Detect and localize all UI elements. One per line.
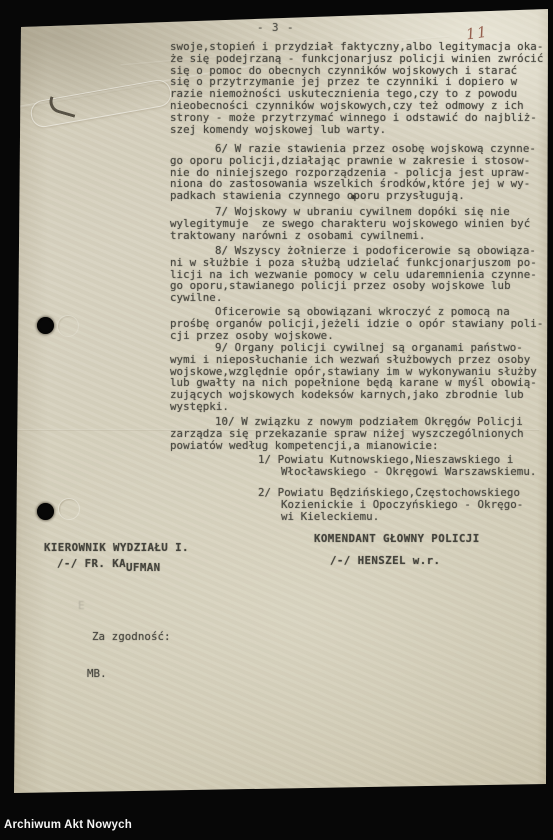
paragraph-officers: Oficerowie są obowiązani wkroczyć z pomo… [170,306,543,341]
text-line: go oporu,stawianego policji przez osoby … [170,280,537,292]
text-line: traktowany narówni z osobami cywilnemi. [170,230,530,242]
paragraph-8: 8/ Wszyscy żołnierze i podoficerowie są … [170,245,537,304]
signature-left-name-prefix: /-/ FR. KA [57,557,126,570]
district-list-item-2: 2/ Powiatu Będzińskiego,Częstochowskiego… [258,487,523,522]
text-line: wylegitymuje ze swego charakteru wojskow… [170,218,530,230]
faint-mark: E [78,599,85,612]
certification-initials: MB. [87,668,107,680]
archive-bar-label: Archiwum Akt Nowych [4,819,132,832]
text-line: Włocławskiego - Okręgowi Warszawskiemu. [258,466,536,478]
hole-punch-bottom [37,503,54,520]
document-page: - 3 - 11 swoje,stopień i przydział fakty… [0,0,553,840]
signature-left-name-suffix: UFMAN [126,561,161,574]
text-line: prośbę organów policji,jeżeli idzie o op… [170,318,543,330]
text-line: wi Kieleckiemu. [258,511,523,523]
archive-scan-viewer: - 3 - 11 swoje,stopień i przydział fakty… [0,0,553,840]
paragraph-9: 9/ Organy policji cywilnej są organami p… [170,342,537,413]
paragraph-continuation: swoje,stopień i przydział faktyczny,albo… [170,41,543,135]
signature-left-name: /-/ FR. KAUFMAN [57,558,161,570]
text-line: nieobecności czynników wojskowych,czy te… [170,100,543,112]
text-line: cywilne. [170,292,537,304]
text-line: powiatów według kompetencji,a mianowicie… [170,440,524,452]
hole-emboss-ring [58,498,80,520]
text-line: że się podejrzaną - funkcjonarjusz polic… [170,53,543,65]
text-line: wymi i nieposłuchanie ich wezwań służbow… [170,354,537,366]
text-line: szej komendy wojskowej lub warty. [170,124,543,136]
paragraph-10: 10/ W związku z nowym podziałem Okręgów … [170,416,524,451]
paragraph-6: 6/ W razie stawienia przez osobę wojskow… [170,143,536,202]
text-line: ni w służbie i poza służbą udzielać funk… [170,257,537,269]
signature-left-title: KIEROWNIK WYDZIAŁU I. [44,542,189,554]
text-line: występki. [170,401,537,413]
hole-emboss-ring [57,315,79,337]
signature-right-name: /-/ HENSZEL w.r. [330,555,440,567]
hole-punch-top [37,317,54,334]
text-line: go oporu policji,działając prawnie w zak… [170,155,536,167]
text-line: Kozienickie i Opoczyńskiego - Okręgo- [258,499,523,511]
paragraph-7: 7/ Wojskowy w ubraniu cywilnem dopóki si… [170,206,530,241]
text-line: zarządza się przekazanie spraw niżej wys… [170,428,524,440]
signature-right-title: KOMENDANT GŁOWNY POLICJI [314,533,480,545]
text-line: padkach stawienia czynnego oporu przysłu… [170,190,536,202]
certification-label: Za zgodność: [92,631,171,643]
page-number: - 3 - [257,21,295,34]
text-line: cji przez osoby wojskowe. [170,330,543,342]
district-list-item-1: 1/ Powiatu Kutnowskiego,Nieszawskiego iW… [258,454,536,478]
text-line: strony - może przytrzymać winnego i odst… [170,112,543,124]
